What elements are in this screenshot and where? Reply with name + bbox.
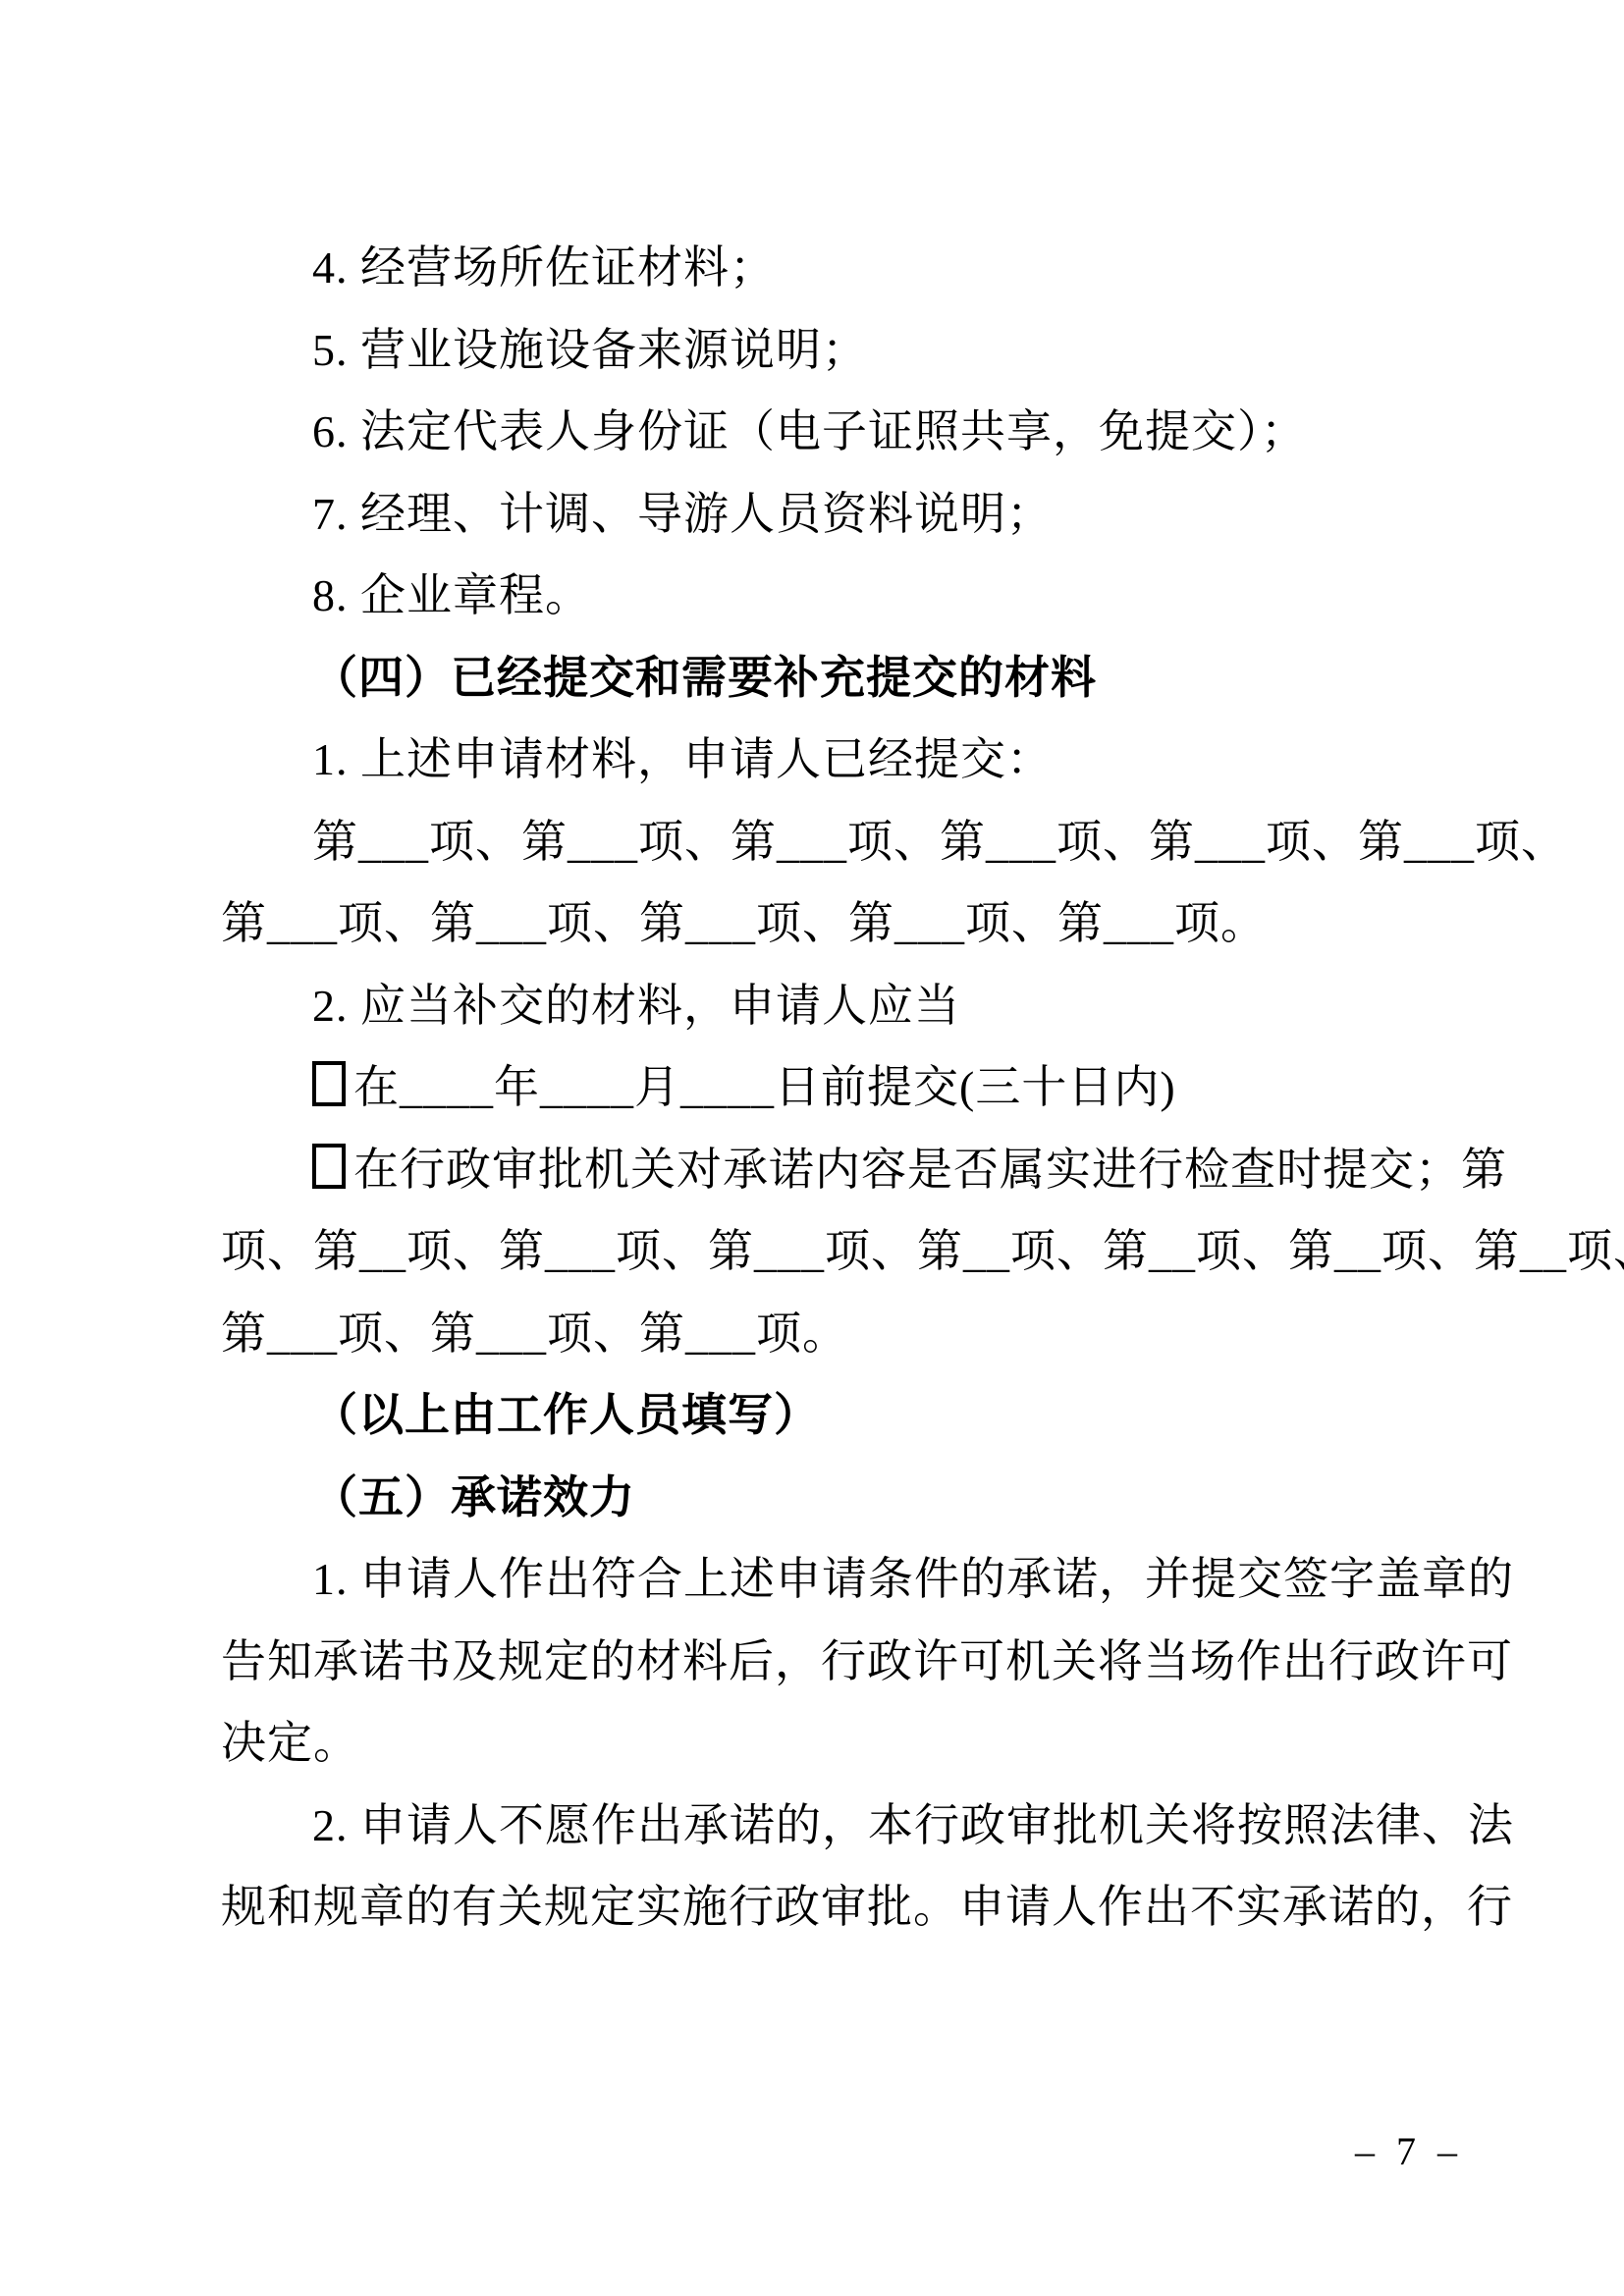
doc-line-item7: 7. 经理、计调、导游人员资料说明； (221, 484, 1434, 545)
document-page: 4. 经营场所佐证材料； 5. 营业设施设备来源说明； 6. 法定代表人身份证（… (0, 0, 1624, 2296)
doc-line-item8: 8. 企业章程。 (221, 565, 1434, 626)
doc-line-option-deadline: 在____年____月____日前提交(三十日内) (221, 1057, 1434, 1118)
doc-line-effect-2b: 规和规章的有关规定实施行政审批。申请人作出不实承诺的，行 (221, 1877, 1434, 1938)
doc-line-option-deadline-text: 在____年____月____日前提交(三十日内) (353, 1062, 1176, 1112)
doc-heading-section4: （四）已经提交和需要补充提交的材料 (221, 648, 1434, 709)
page-number: – 7 – (1355, 2128, 1463, 2174)
doc-line-item4: 4. 经营场所佐证材料； (221, 238, 1434, 298)
doc-line-item5: 5. 营业设施设备来源说明； (221, 320, 1434, 381)
doc-line-effect-1c: 决定。 (221, 1713, 1434, 1774)
doc-line-blank-items-1: 第___项、第___项、第___项、第___项、第___项、第___项、 (221, 812, 1434, 873)
doc-line-item6: 6. 法定代表人身份证（电子证照共享，免提交）； (221, 401, 1434, 462)
doc-line-supplement-intro: 2. 应当补交的材料，申请人应当 (221, 976, 1434, 1037)
doc-line-option-inspection: 在行政审批机关对承诺内容是否属实进行检查时提交；第 (221, 1140, 1434, 1201)
doc-line-effect-1b: 告知承诺书及规定的材料后，行政许可机关将当场作出行政许可 (221, 1631, 1434, 1692)
doc-line-effect-2a: 2. 申请人不愿作出承诺的，本行政审批机关将按照法律、法 (221, 1795, 1434, 1856)
doc-heading-section5: （五）承诺效力 (221, 1468, 1434, 1528)
empty-checkbox-icon (312, 1061, 346, 1106)
empty-checkbox-icon (312, 1144, 346, 1189)
doc-line-effect-1a: 1. 申请人作出符合上述申请条件的承诺，并提交签字盖章的 (221, 1549, 1434, 1610)
doc-line-blank-items-3: 项、第__项、第___项、第___项、第__项、第__项、第__项、第__项、 (221, 1221, 1434, 1282)
doc-line-option-inspection-text: 在行政审批机关对承诺内容是否属实进行检查时提交；第 (353, 1145, 1507, 1195)
doc-line-blank-items-4: 第___项、第___项、第___项。 (221, 1304, 1434, 1364)
doc-note-staff-fill: （以上由工作人员填写） (221, 1385, 1434, 1446)
doc-line-blank-items-2: 第___项、第___项、第___项、第___项、第___项。 (221, 893, 1434, 954)
doc-line-submitted-intro: 1. 上述申请材料，申请人已经提交： (221, 729, 1434, 790)
